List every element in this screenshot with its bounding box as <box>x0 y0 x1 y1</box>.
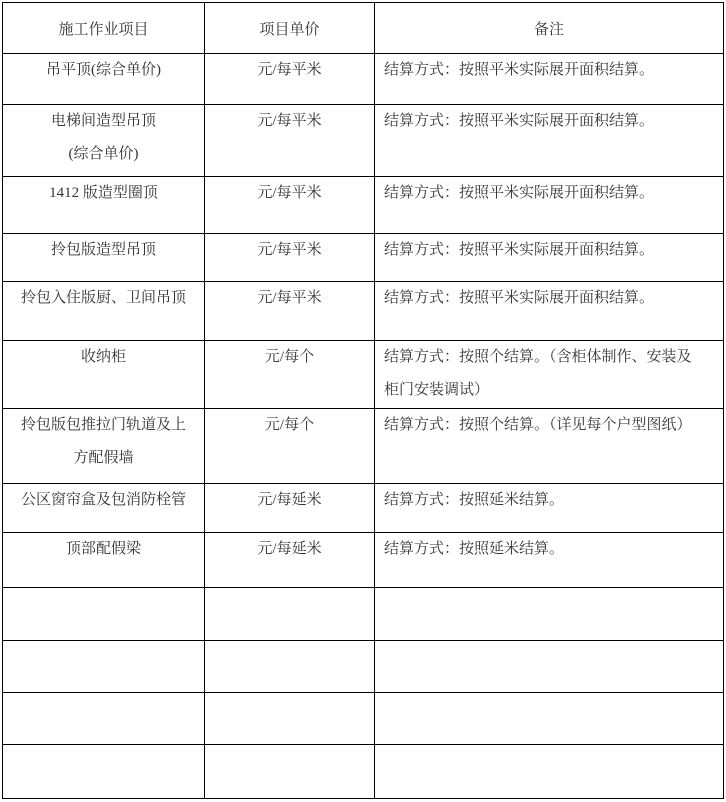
remark-cell: 结算方式：按照延米结算。 <box>375 484 724 533</box>
table-row <box>3 588 724 641</box>
table-row: 拎包版造型吊顶元/每平米结算方式：按照平米实际展开面积结算。 <box>3 234 724 282</box>
unit-cell <box>205 588 375 641</box>
table-row: 电梯间造型吊顶(综合单价)元/每平米结算方式：按照平米实际展开面积结算。 <box>3 105 724 177</box>
table-row: 拎包版包推拉门轨道及上方配假墙元/每个结算方式：按照个结算。（详见每个户型图纸） <box>3 409 724 484</box>
cell-line: 结算方式：按照平米实际展开面积结算。 <box>375 234 723 267</box>
unit-cell <box>205 745 375 799</box>
cell-line: 拎包版包推拉门轨道及上 <box>3 409 204 442</box>
remark-cell <box>375 641 724 693</box>
item-cell <box>3 693 205 745</box>
cell-line: 结算方式：按照个结算。（含柜体制作、安装及 <box>375 341 723 374</box>
item-cell: 1412 版造型圈顶 <box>3 177 205 234</box>
cell-line: 元/每平米 <box>205 282 374 315</box>
cell-line: 元/每平米 <box>205 234 374 267</box>
item-cell: 顶部配假梁 <box>3 533 205 588</box>
table-row: 1412 版造型圈顶元/每平米结算方式：按照平米实际展开面积结算。 <box>3 177 724 234</box>
table-row: 吊平顶(综合单价)元/每平米结算方式：按照平米实际展开面积结算。 <box>3 54 724 105</box>
unit-cell: 元/每延米 <box>205 484 375 533</box>
unit-cell: 元/每平米 <box>205 54 375 105</box>
remark-cell: 结算方式：按照平米实际展开面积结算。 <box>375 105 724 177</box>
cell-line: 结算方式：按照平米实际展开面积结算。 <box>375 105 723 138</box>
cell-line: 结算方式：按照平米实际展开面积结算。 <box>375 177 723 210</box>
unit-cell: 元/每平米 <box>205 234 375 282</box>
unit-cell: 元/每平米 <box>205 177 375 234</box>
table-row: 收纳柜元/每个结算方式：按照个结算。（含柜体制作、安装及柜门安装调试） <box>3 341 724 409</box>
remark-cell: 结算方式：按照个结算。（详见每个户型图纸） <box>375 409 724 484</box>
item-cell: 吊平顶(综合单价) <box>3 54 205 105</box>
table-body: 吊平顶(综合单价)元/每平米结算方式：按照平米实际展开面积结算。电梯间造型吊顶(… <box>3 54 724 799</box>
cell-line: 元/每延米 <box>205 484 374 517</box>
cell-line: 电梯间造型吊顶 <box>3 105 204 138</box>
cell-line: 顶部配假梁 <box>3 533 204 566</box>
remark-cell: 结算方式：按照平米实际展开面积结算。 <box>375 234 724 282</box>
cell-line: 结算方式：按照平米实际展开面积结算。 <box>375 282 723 315</box>
item-cell: 电梯间造型吊顶(综合单价) <box>3 105 205 177</box>
cell-line: 元/每平米 <box>205 54 374 87</box>
cell-line: 拎包入住版厨、卫间吊顶 <box>3 282 204 315</box>
cell-line: 元/每平米 <box>205 105 374 138</box>
header-row: 施工作业项目 项目单价 备注 <box>3 3 724 54</box>
table-row <box>3 745 724 799</box>
document-page: 施工作业项目 项目单价 备注 吊平顶(综合单价)元/每平米结算方式：按照平米实际… <box>0 0 726 802</box>
table-row <box>3 641 724 693</box>
cell-line: 结算方式：按照平米实际展开面积结算。 <box>375 54 723 87</box>
table-row <box>3 693 724 745</box>
cell-line: 1412 版造型圈顶 <box>3 177 204 210</box>
cell-line: 结算方式：按照个结算。（详见每个户型图纸） <box>375 409 723 442</box>
cell-line: 元/每平米 <box>205 177 374 210</box>
cell-line: (综合单价) <box>3 138 204 171</box>
cell-line: 拎包版造型吊顶 <box>3 234 204 267</box>
header-cell-remark: 备注 <box>375 3 724 54</box>
remark-cell <box>375 588 724 641</box>
unit-cell <box>205 693 375 745</box>
remark-cell <box>375 745 724 799</box>
header-cell-item: 施工作业项目 <box>3 3 205 54</box>
table-row: 拎包入住版厨、卫间吊顶元/每平米结算方式：按照平米实际展开面积结算。 <box>3 282 724 341</box>
unit-cell: 元/每平米 <box>205 282 375 341</box>
cell-line: 元/每延米 <box>205 533 374 566</box>
cell-line: 收纳柜 <box>3 341 204 374</box>
remark-cell <box>375 693 724 745</box>
remark-cell: 结算方式：按照平米实际展开面积结算。 <box>375 54 724 105</box>
header-cell-unit: 项目单价 <box>205 3 375 54</box>
item-cell: 拎包版包推拉门轨道及上方配假墙 <box>3 409 205 484</box>
item-cell <box>3 588 205 641</box>
cell-line: 结算方式：按照延米结算。 <box>375 533 723 566</box>
construction-pricing-table: 施工作业项目 项目单价 备注 吊平顶(综合单价)元/每平米结算方式：按照平米实际… <box>2 2 724 799</box>
item-cell <box>3 641 205 693</box>
remark-cell: 结算方式：按照个结算。（含柜体制作、安装及柜门安装调试） <box>375 341 724 409</box>
remark-cell: 结算方式：按照平米实际展开面积结算。 <box>375 282 724 341</box>
cell-line: 方配假墙 <box>3 442 204 475</box>
table-row: 公区窗帘盒及包消防栓管元/每延米结算方式：按照延米结算。 <box>3 484 724 533</box>
item-cell: 拎包入住版厨、卫间吊顶 <box>3 282 205 341</box>
cell-line: 公区窗帘盒及包消防栓管 <box>3 484 204 517</box>
cell-line: 元/每个 <box>205 409 374 442</box>
cell-line: 元/每个 <box>205 341 374 374</box>
unit-cell: 元/每延米 <box>205 533 375 588</box>
item-cell: 公区窗帘盒及包消防栓管 <box>3 484 205 533</box>
cell-line: 结算方式：按照延米结算。 <box>375 484 723 517</box>
item-cell: 拎包版造型吊顶 <box>3 234 205 282</box>
unit-cell: 元/每个 <box>205 409 375 484</box>
unit-cell <box>205 641 375 693</box>
remark-cell: 结算方式：按照平米实际展开面积结算。 <box>375 177 724 234</box>
cell-line: 柜门安装调试） <box>375 374 723 407</box>
cell-line: 吊平顶(综合单价) <box>3 54 204 87</box>
unit-cell: 元/每个 <box>205 341 375 409</box>
item-cell <box>3 745 205 799</box>
item-cell: 收纳柜 <box>3 341 205 409</box>
table-row: 顶部配假梁元/每延米结算方式：按照延米结算。 <box>3 533 724 588</box>
remark-cell: 结算方式：按照延米结算。 <box>375 533 724 588</box>
unit-cell: 元/每平米 <box>205 105 375 177</box>
